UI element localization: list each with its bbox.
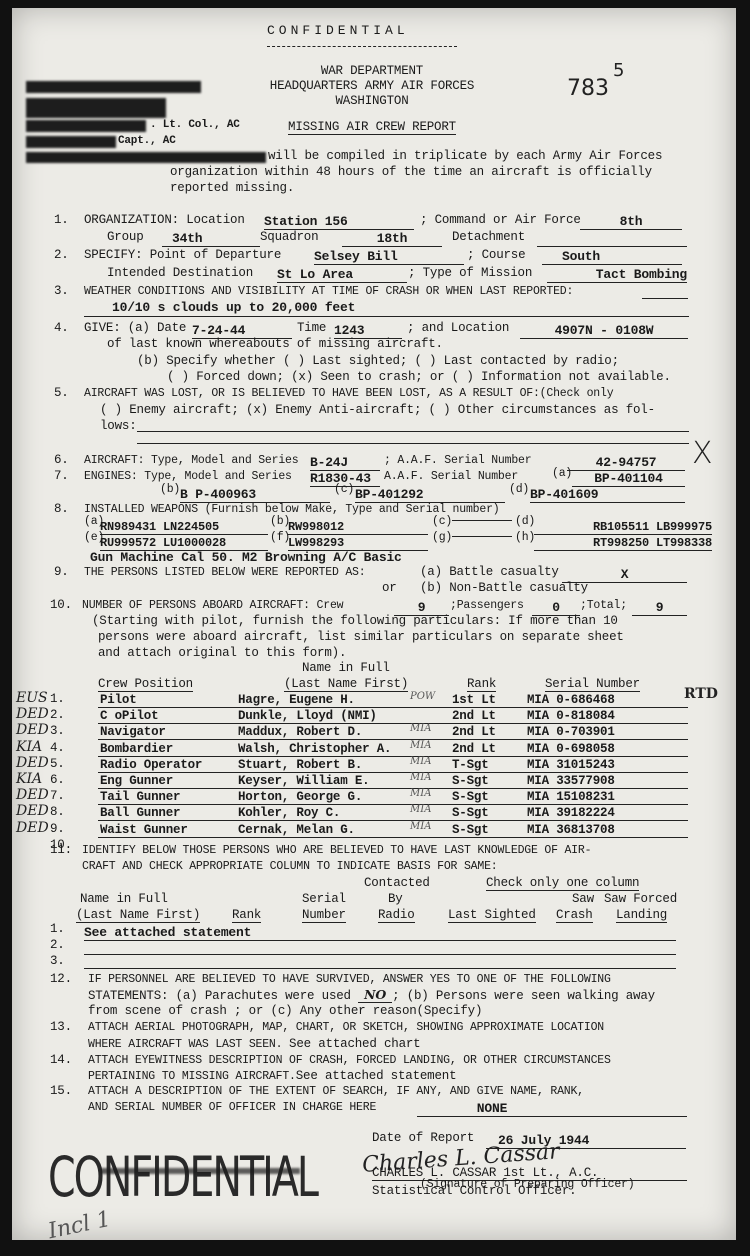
item-number: 8. bbox=[54, 502, 69, 516]
squadron-field: 18th bbox=[342, 232, 442, 247]
crew-name: Maddux, Robert D. bbox=[238, 725, 362, 739]
field-value: B-24J bbox=[310, 455, 348, 470]
engines-label: ENGINES: Type, Model and Series bbox=[84, 470, 292, 484]
crew-name: Cernak, Melan G. bbox=[238, 823, 355, 837]
file-number: 783 bbox=[567, 76, 609, 101]
column-header-position: Crew Position bbox=[98, 677, 193, 692]
crew-position: Tail Gunner bbox=[100, 790, 180, 804]
weapon-serial-b: RW998012 bbox=[288, 520, 428, 535]
field-value: RW998012 bbox=[288, 520, 344, 534]
handwritten-note: Incl 1 bbox=[46, 1207, 113, 1245]
crew-name: Kohler, Roy C. bbox=[238, 806, 340, 820]
handwritten-note: MIA bbox=[410, 772, 431, 783]
field-value: Selsey Bill bbox=[314, 249, 398, 264]
row-number: 3. bbox=[50, 724, 65, 738]
divider bbox=[267, 46, 457, 47]
weapon-key: (g) bbox=[432, 531, 452, 545]
engine-serial-b: B P-400963 bbox=[180, 488, 330, 503]
field-value: 18th bbox=[377, 231, 407, 246]
field-line bbox=[84, 316, 689, 317]
crew-position: Bombardier bbox=[100, 742, 173, 756]
file-number-suffix: 5 bbox=[613, 60, 624, 81]
crew-name: Walsh, Christopher A. bbox=[238, 742, 391, 756]
crew-serial: MIA 15108231 bbox=[527, 790, 615, 804]
item-number: 6. bbox=[54, 453, 69, 467]
field-line bbox=[84, 940, 676, 941]
course-label: ; Course bbox=[467, 248, 525, 262]
status-annotation: DED bbox=[16, 755, 49, 771]
row-number: 6. bbox=[50, 773, 65, 787]
photo-label: ATTACH AERIAL PHOTOGRAPH, MAP, CHART, OR… bbox=[88, 1021, 604, 1035]
column-header-landing: Landing bbox=[616, 908, 667, 923]
item-number: 4. bbox=[54, 321, 69, 335]
destination-field: St Lo Area bbox=[277, 268, 407, 283]
handwritten-note: POW bbox=[410, 691, 435, 702]
weapon-key: (d) bbox=[515, 515, 535, 529]
crew-name: Stuart, Robert B. bbox=[238, 758, 362, 772]
crew-position: Waist Gunner bbox=[100, 823, 188, 837]
crew-position: Radio Operator bbox=[100, 758, 202, 772]
field-value: B P-400963 bbox=[180, 487, 256, 502]
squadron-label: Squadron bbox=[260, 230, 318, 244]
non-battle-casualty-option: (b) Non-Battle casualty bbox=[420, 581, 588, 595]
redaction bbox=[26, 120, 146, 132]
cause-follows: lows: bbox=[100, 419, 137, 433]
eyewitness-label: ATTACH EYEWITNESS DESCRIPTION OF CRASH, … bbox=[88, 1054, 611, 1068]
crew-rank: 1st Lt bbox=[452, 693, 496, 707]
field-line bbox=[84, 954, 676, 955]
location-label: ; and Location bbox=[407, 321, 509, 335]
field-value: LW998293 bbox=[288, 536, 344, 550]
witness-entry: See attached statement bbox=[84, 926, 251, 940]
crew-serial: MIA 39182224 bbox=[527, 806, 615, 820]
officer-title: Statistical Control Officer. bbox=[372, 1184, 576, 1198]
status-annotation: DED bbox=[16, 706, 49, 722]
field-value: X bbox=[621, 567, 629, 582]
course-field: South bbox=[542, 250, 682, 265]
field-line bbox=[84, 968, 676, 969]
field-value: 34th bbox=[172, 231, 202, 246]
organization-location: Station 156 bbox=[264, 215, 414, 230]
status-annotation: KIA bbox=[16, 739, 42, 755]
search-label: AND SERIAL NUMBER OF OFFICER IN CHARGE H… bbox=[88, 1101, 376, 1115]
field-line bbox=[137, 443, 689, 444]
crew-serial: MIA 36813708 bbox=[527, 823, 615, 837]
crew-serial: MIA 0-818084 bbox=[527, 709, 615, 723]
redaction bbox=[26, 98, 166, 118]
column-header-serial: Number bbox=[302, 908, 346, 923]
field-value: BP-401104 bbox=[594, 471, 662, 486]
item-number: 1. bbox=[54, 213, 69, 227]
column-header: Contacted bbox=[364, 876, 430, 890]
row-underline bbox=[98, 837, 688, 838]
scanned-document-page: CONFIDENTIAL WAR DEPARTMENT HEADQUARTERS… bbox=[12, 8, 736, 1240]
status-annotation: EUS bbox=[16, 690, 48, 706]
report-title: MISSING AIR CREW REPORT bbox=[222, 120, 522, 134]
row-number: 3. bbox=[50, 954, 65, 968]
hq-heading: HEADQUARTERS ARMY AIR FORCES bbox=[222, 79, 522, 93]
weapon-serial-h: RT998250 LT998338 bbox=[534, 536, 712, 551]
engine-key: (b) bbox=[160, 483, 180, 497]
crew-serial: MIA 0-686468 bbox=[527, 693, 615, 707]
whereabouts-text: of last known whereabouts of missing air… bbox=[107, 337, 443, 351]
row-number: 8. bbox=[50, 805, 65, 819]
persons-aboard-label: NUMBER OF PERSONS ABOARD AIRCRAFT: Crew bbox=[82, 599, 343, 613]
column-header-name: (Last Name First) bbox=[284, 677, 408, 692]
field-value: RU999572 LU1000028 bbox=[100, 536, 226, 550]
column-header-serial: Serial Number bbox=[545, 677, 640, 692]
crew-position: Eng Gunner bbox=[100, 774, 173, 788]
item-number: 9. bbox=[54, 565, 69, 579]
field-value: 9 bbox=[656, 600, 664, 615]
field-value: 4907N - 0108W bbox=[555, 323, 654, 338]
engines-serial-label: A.A.F. Serial Number bbox=[384, 470, 518, 484]
instruction-note: persons were aboard aircraft, list simil… bbox=[98, 630, 624, 644]
field-line bbox=[642, 298, 688, 299]
status-annotation: DED bbox=[16, 722, 49, 738]
report-title-text: MISSING AIR CREW REPORT bbox=[288, 120, 456, 135]
weapon-serial-g bbox=[452, 536, 512, 537]
column-header: Name in Full bbox=[80, 892, 168, 906]
engine-serial-d: BP-401609 bbox=[530, 488, 685, 503]
status-annotation: DED bbox=[16, 787, 49, 803]
crew-rank: T-Sgt bbox=[452, 758, 489, 772]
row-number: 9. bbox=[50, 822, 65, 836]
aircraft-serial: 42-94757 bbox=[567, 456, 685, 471]
field-value: Station 156 bbox=[264, 214, 348, 229]
crew-position: C oPilot bbox=[100, 709, 158, 723]
status-annotation: KIA bbox=[16, 771, 42, 787]
column-header: Serial bbox=[302, 892, 346, 906]
field-value: 0 bbox=[552, 600, 560, 615]
column-header-rank: Rank bbox=[232, 908, 261, 923]
detachment-label: Detachment bbox=[452, 230, 525, 244]
destination-label: Intended Destination bbox=[107, 266, 253, 280]
row-underline bbox=[98, 772, 688, 773]
departure-label: SPECIFY: Point of Departure bbox=[84, 248, 281, 262]
crew-rank: S-Sgt bbox=[452, 806, 489, 820]
field-value: RB105511 LB999975 bbox=[593, 520, 712, 534]
crew-position: Navigator bbox=[100, 725, 166, 739]
item-number: 12. bbox=[50, 972, 72, 986]
field-value: BP-401292 bbox=[355, 487, 423, 502]
city-heading: WASHINGTON bbox=[222, 94, 522, 108]
crew-position: Ball Gunner bbox=[100, 806, 180, 820]
passengers-label: ;Passengers bbox=[450, 599, 524, 613]
weather-label: WEATHER CONDITIONS AND VISIBILITY AT TIM… bbox=[84, 285, 573, 299]
handwritten-note: MIA bbox=[410, 804, 431, 815]
engine-key: (c) bbox=[334, 483, 354, 497]
crew-serial: MIA 0-698058 bbox=[527, 742, 615, 756]
handwritten-note: MIA bbox=[410, 821, 431, 832]
field-line bbox=[137, 431, 689, 432]
aircraft-type: B-24J bbox=[310, 456, 380, 471]
field-value: South bbox=[562, 249, 600, 264]
stamp-text: Capt., AC bbox=[118, 134, 176, 148]
handwritten-note: MIA bbox=[410, 788, 431, 799]
engine-key: (d) bbox=[509, 483, 529, 497]
instruction-note: (Starting with pilot, furnish the follow… bbox=[92, 614, 618, 628]
department-heading: WAR DEPARTMENT bbox=[222, 64, 522, 78]
item-number: 5. bbox=[54, 386, 69, 400]
crew-name: Horton, George G. bbox=[238, 790, 362, 804]
weapons-make: Gun Machine Cal 50. M2 Browning A/C Basi… bbox=[90, 551, 402, 565]
instructions-line: reported missing. bbox=[170, 181, 294, 195]
row-number: 1. bbox=[50, 922, 65, 936]
crew-name: Hagre, Eugene H. bbox=[238, 693, 355, 707]
photo-value: See attached chart bbox=[289, 1037, 420, 1051]
instructions-line: organization within 48 hours of the time… bbox=[170, 165, 652, 179]
row-underline bbox=[98, 707, 688, 708]
crew-rank: 2nd Lt bbox=[452, 725, 496, 739]
aircraft-label: AIRCRAFT: Type, Model and Series bbox=[84, 454, 298, 468]
row-number: 1. bbox=[50, 692, 65, 706]
walking-label: ; (b) Persons were seen walking away bbox=[392, 989, 655, 1003]
departure-field: Selsey Bill bbox=[314, 250, 464, 265]
instruction-note: and attach original to this form). bbox=[98, 646, 346, 660]
engine-serial-c: BP-401292 bbox=[355, 488, 505, 503]
aircraft-serial-label: ; A.A.F. Serial Number bbox=[384, 454, 531, 468]
row-number: 2. bbox=[50, 708, 65, 722]
weapon-serial-d: RB105511 LB999975 bbox=[534, 520, 712, 535]
group-field: 34th bbox=[162, 232, 260, 247]
crew-rank: S-Sgt bbox=[452, 790, 489, 804]
confidential-stamp: CONFIDENTIAL bbox=[48, 1146, 317, 1210]
redaction bbox=[26, 152, 266, 163]
column-header-name: (Last Name First) bbox=[76, 908, 200, 923]
knowledge-label: IDENTIFY BELOW THOSE PERSONS WHO ARE BEL… bbox=[82, 844, 591, 858]
date-label: GIVE: (a) Date bbox=[84, 321, 186, 335]
weapon-key: (c) bbox=[432, 515, 452, 529]
weapon-serial-e: RU999572 LU1000028 bbox=[100, 536, 268, 551]
detachment-field bbox=[537, 246, 687, 247]
handwritten-note: MIA bbox=[410, 740, 431, 751]
item-number: 14. bbox=[50, 1053, 72, 1067]
field-value: BP-401609 bbox=[530, 487, 598, 502]
crew-rank: 2nd Lt bbox=[452, 709, 496, 723]
handwritten-note: MIA bbox=[410, 723, 431, 734]
field-value: Tact Bombing bbox=[596, 267, 687, 282]
crew-rank: S-Sgt bbox=[452, 823, 489, 837]
report-date-label: Date of Report bbox=[372, 1131, 474, 1145]
location-field: 4907N - 0108W bbox=[520, 324, 688, 339]
group-label: Group bbox=[107, 230, 144, 244]
item-number: 10. bbox=[50, 598, 72, 612]
cause-label: AIRCRAFT WAS LOST, OR IS BELIEVED TO HAV… bbox=[84, 387, 613, 401]
handwritten-note: MIA bbox=[410, 756, 431, 767]
row-underline bbox=[98, 788, 688, 789]
item-number: 15. bbox=[50, 1084, 72, 1098]
crew-rank: 2nd Lt bbox=[452, 742, 496, 756]
weapon-serial-f: LW998293 bbox=[288, 536, 428, 551]
column-header-last-sighted: Last Sighted bbox=[448, 908, 536, 923]
column-header: Name in Full bbox=[302, 661, 390, 675]
stamp-text: . Lt. Col., AC bbox=[150, 118, 240, 132]
crew-serial: MIA 0-703901 bbox=[527, 725, 615, 739]
field-value: RN989431 LN224505 bbox=[100, 520, 219, 534]
crew-serial: MIA 31015243 bbox=[527, 758, 615, 772]
or-text: or bbox=[382, 581, 397, 595]
search-label: ATTACH A DESCRIPTION OF THE EXTENT OF SE… bbox=[88, 1085, 584, 1099]
photo-line: WHERE AIRCRAFT WAS LAST SEEN. See attach… bbox=[88, 1037, 420, 1052]
weather-value: 10/10 s clouds up to 20,000 feet bbox=[112, 301, 355, 315]
field-value: NONE bbox=[477, 1101, 507, 1116]
field-value: 7-24-44 bbox=[192, 323, 245, 338]
knowledge-label: CRAFT AND CHECK APPROPRIATE COLUMN TO IN… bbox=[82, 860, 497, 874]
mission-label: ; Type of Mission bbox=[408, 266, 532, 280]
mission-field: Tact Bombing bbox=[547, 268, 687, 283]
engine-key: (a) bbox=[552, 467, 572, 481]
field-value: 8th bbox=[620, 214, 643, 229]
eyewitness-label: PERTAINING TO MISSING AIRCRAFT. bbox=[88, 1070, 296, 1083]
weapon-serial-a: RN989431 LN224505 bbox=[100, 520, 268, 535]
field-value: 1243 bbox=[334, 323, 364, 338]
classification-heading: CONFIDENTIAL bbox=[267, 24, 409, 38]
row-number: 2. bbox=[50, 938, 65, 952]
row-underline bbox=[98, 804, 688, 805]
casualty-label: THE PERSONS LISTED BELOW WERE REPORTED A… bbox=[84, 566, 365, 580]
item-number: 11. bbox=[50, 843, 72, 857]
time-label: Time bbox=[297, 321, 326, 335]
battle-casualty-option: (a) Battle casualty bbox=[420, 565, 559, 579]
survival-label: IF PERSONNEL ARE BELIEVED TO HAVE SURVIV… bbox=[88, 973, 611, 987]
photo-label: WHERE AIRCRAFT WAS LAST SEEN. bbox=[88, 1038, 282, 1051]
item-number: 3. bbox=[54, 284, 69, 298]
eyewitness-value: See attached statement bbox=[296, 1069, 457, 1083]
status-annotation: DED bbox=[16, 803, 49, 819]
item-number: 2. bbox=[54, 248, 69, 262]
weapon-serial-c bbox=[452, 520, 512, 521]
search-officer-field: NONE bbox=[417, 1102, 687, 1117]
survival-statements: STATEMENTS: (a) Parachutes were used NO;… bbox=[88, 988, 655, 1003]
column-header: By bbox=[388, 892, 403, 906]
parachute-answer: NO bbox=[358, 987, 392, 1003]
redaction bbox=[26, 136, 116, 148]
field-value: St Lo Area bbox=[277, 267, 353, 282]
column-header-radio: Radio bbox=[378, 908, 415, 923]
organization-label: ORGANIZATION: Location bbox=[84, 213, 245, 227]
row-underline bbox=[98, 739, 688, 740]
parachute-label: STATEMENTS: (a) Parachutes were used bbox=[88, 989, 351, 1003]
crew-serial: MIA 33577908 bbox=[527, 774, 615, 788]
column-header-crash: Crash bbox=[556, 908, 593, 923]
specify-line: (b) Specify whether ( ) Last sighted; ( … bbox=[137, 354, 619, 368]
row-underline bbox=[98, 756, 688, 757]
total-label: ;Total; bbox=[580, 599, 627, 613]
stamp-strikethrough bbox=[100, 1168, 300, 1174]
field-value: 42-94757 bbox=[596, 455, 657, 470]
crew-rank: S-Sgt bbox=[452, 774, 489, 788]
column-header: Saw Forced bbox=[604, 892, 677, 906]
item-number: 7. bbox=[54, 469, 69, 483]
total-count: 9 bbox=[632, 601, 687, 616]
row-number: 7. bbox=[50, 789, 65, 803]
command-field: 8th bbox=[580, 215, 682, 230]
cause-options: ( ) Enemy aircraft; (x) Enemy Anti-aircr… bbox=[100, 403, 655, 417]
row-underline bbox=[98, 820, 688, 821]
command-label: ; Command or Air Force bbox=[420, 213, 581, 227]
column-header: Check only one column bbox=[486, 876, 639, 891]
weapon-key: (h) bbox=[515, 531, 535, 545]
crew-name: Keyser, William E. bbox=[238, 774, 369, 788]
eyewitness-line: PERTAINING TO MISSING AIRCRAFT.See attac… bbox=[88, 1069, 456, 1084]
column-header: Saw bbox=[572, 892, 594, 906]
field-value: RT998250 LT998338 bbox=[593, 536, 712, 550]
row-number: 5. bbox=[50, 757, 65, 771]
engine-serial-a: BP-401104 bbox=[572, 472, 685, 487]
crew-position: Pilot bbox=[100, 693, 137, 707]
margin-mark: RTD bbox=[684, 686, 718, 702]
redaction bbox=[26, 81, 201, 93]
column-header-rank: Rank bbox=[467, 677, 496, 692]
row-number: 4. bbox=[50, 741, 65, 755]
margin-x-mark: X bbox=[692, 436, 713, 471]
instructions-line: will be compiled in triplicate by each A… bbox=[268, 149, 662, 163]
item-number: 13. bbox=[50, 1020, 72, 1034]
crew-name: Dunkle, Lloyd (NMI) bbox=[238, 709, 377, 723]
field-value: 9 bbox=[418, 600, 426, 615]
specify-line: ( ) Forced down; (x) Seen to crash; or (… bbox=[167, 370, 671, 384]
status-annotation: DED bbox=[16, 820, 49, 836]
row-underline bbox=[98, 723, 688, 724]
other-reason-label: from scene of crash ; or (c) Any other r… bbox=[88, 1004, 482, 1018]
